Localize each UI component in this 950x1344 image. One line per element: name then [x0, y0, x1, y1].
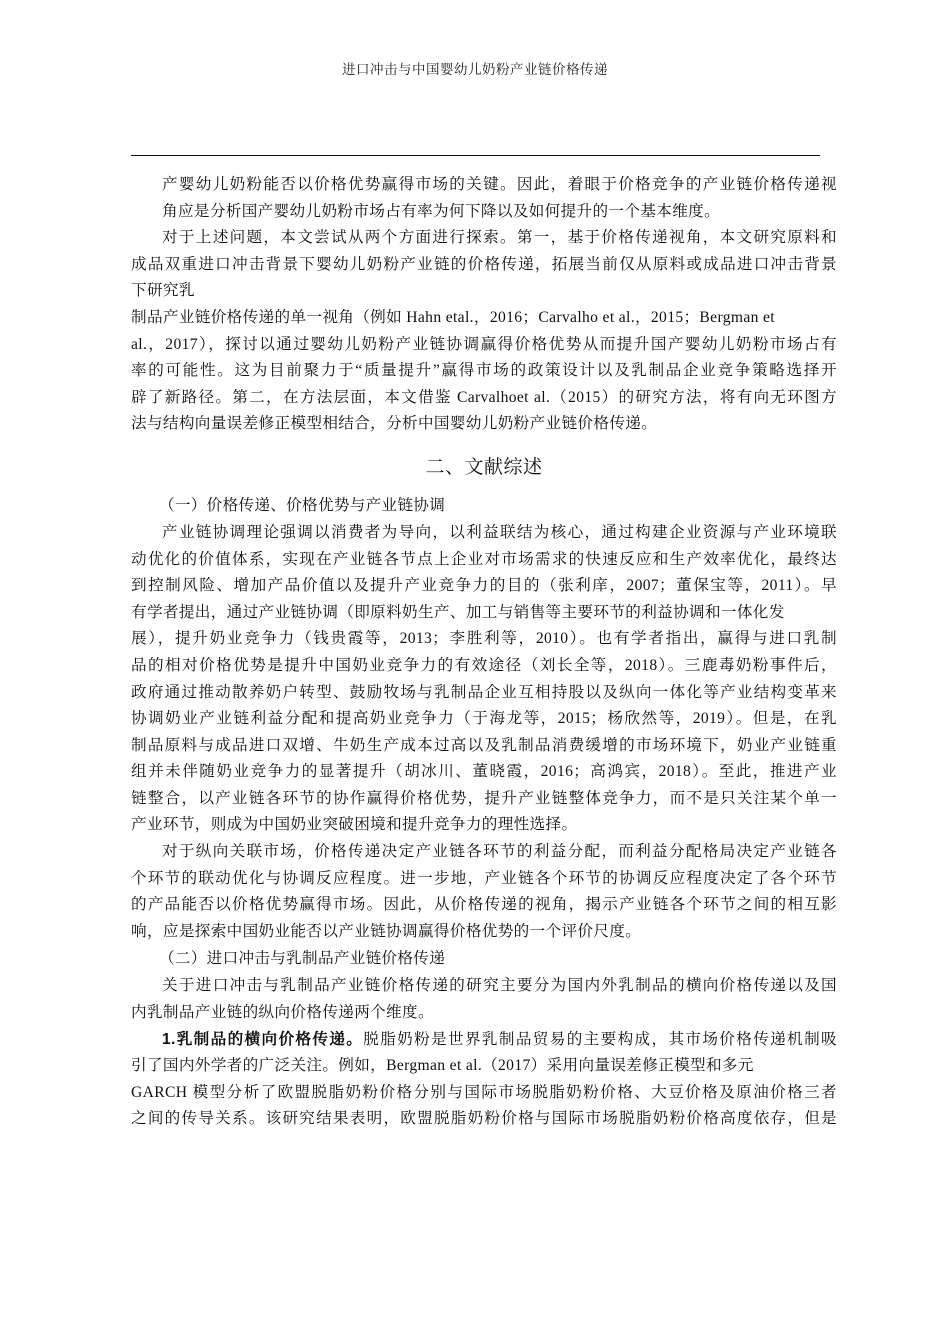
paragraph-4: 对于纵向关联市场，价格传递决定产业链各环节的利益分配，而利益分配格局决定产业链各… — [131, 839, 837, 945]
text-line: 成品双重进口冲击背景下婴幼儿奶粉产业链的价格传递，拓展当前仅从原料或成品进口冲击… — [131, 252, 837, 279]
subsection-heading-1: （一）价格传递、价格优势与产业链协调 — [131, 492, 837, 520]
paragraph-5: 关于进口冲击与乳制品产业链价格传递的研究主要分为国内外乳制品的横向价格传递以及国… — [131, 973, 837, 1026]
text-line: 关于进口冲击与乳制品产业链价格传递的研究主要分为国内外乳制品的横向价格传递以及国 — [131, 973, 837, 1000]
paragraph-6: 1.乳制品的横向价格传递。脱脂奶粉是世界乳制品贸易的主要构成，其市场价格传递机制… — [131, 1027, 837, 1133]
text-line: 到控制风险、增加产品价值以及提升产业竞争力的目的（张利庠，2007；董保宝等，2… — [131, 573, 837, 600]
text-line: 对于上述问题，本文尝试从两个方面进行探索。第一，基于价格传递视角，本文研究原料和 — [131, 225, 837, 252]
text-line: al.，2017），探讨以通过婴幼儿奶粉产业链协调赢得价格优势从而提升国产婴幼儿… — [131, 332, 837, 359]
text-line: 动优化的价值体系，实现在产业链各节点上企业对市场需求的快速反应和生产效率优化，最… — [131, 547, 837, 574]
text-line: 制品原料与成品进口双增、牛奶生产成本过高以及乳制品消费缓增的市场环境下，奶业产业… — [131, 733, 837, 760]
section-heading: 二、文献综述 — [131, 438, 837, 482]
text-line: 个环节的联动优化与协调反应程度。进一步地，产业链各个环节的协调反应程度决定了各个… — [131, 866, 837, 893]
text-line: 产业环节，则成为中国奶业突破困境和提升竞争力的理性选择。 — [131, 812, 837, 839]
paragraph-2: 对于上述问题，本文尝试从两个方面进行探索。第一，基于价格传递视角，本文研究原料和… — [131, 225, 837, 438]
spacer — [131, 482, 837, 492]
text-line: 组并未伴随奶业竞争力的显著提升（胡冰川、董晓霞，2016；高鸿宾，2018）。至… — [131, 759, 837, 786]
text-line: 产婴幼儿奶粉能否以价格优势赢得市场的关键。因此，着眼于价格竞争的产业链价格传递视 — [131, 172, 837, 199]
text-run: 脱脂奶粉是世界乳制品贸易的主要构成，其市场价格传递机制吸 — [363, 1031, 837, 1048]
text-line: 下研究乳 — [131, 278, 837, 305]
paragraph-1: 产婴幼儿奶粉能否以价格优势赢得市场的关键。因此，着眼于价格竞争的产业链价格传递视… — [131, 172, 837, 225]
text-line: 有学者提出，通过产业链协调（即原料奶生产、加工与销售等主要环节的利益协调和一体化… — [131, 600, 837, 627]
text-line: 1.乳制品的横向价格传递。脱脂奶粉是世界乳制品贸易的主要构成，其市场价格传递机制… — [131, 1027, 837, 1054]
text-line: 响，应是探索中国奶业能否以产业链协调赢得价格优势的一个评价尺度。 — [131, 919, 837, 946]
text-line: 协调奶业产业链利益分配和提高奶业竞争力（于海龙等，2015；杨欣然等，2019）… — [131, 706, 837, 733]
text-line: 制品产业链价格传递的单一视角（例如 Hahn etal.，2016；Carval… — [131, 305, 837, 332]
paragraph-3: 产业链协调理论强调以消费者为导向，以利益联结为核心，通过构建企业资源与产业环境联… — [131, 520, 837, 839]
header-rule-divider — [131, 155, 820, 156]
text-line: 引了国内外学者的广泛关注。例如，Bergman et al.（2017）采用向量… — [131, 1053, 837, 1080]
document-page: 进口冲击与中国婴幼儿奶粉产业链价格传递 产婴幼儿奶粉能否以价格优势赢得市场的关键… — [0, 0, 950, 1344]
text-line: 内乳制品产业链的纵向价格传递两个维度。 — [131, 1000, 837, 1027]
text-line: GARCH 模型分析了欧盟脱脂奶粉价格分别与国际市场脱脂奶粉价格、大豆价格及原油… — [131, 1080, 837, 1107]
run-in-heading: 1.乳制品的横向价格传递。 — [162, 1031, 363, 1048]
text-line: 对于纵向关联市场，价格传递决定产业链各环节的利益分配，而利益分配格局决定产业链各 — [131, 839, 837, 866]
text-line: 链整合，以产业链各环节的协作赢得价格优势，提升产业链整体竞争力，而不是只关注某个… — [131, 786, 837, 813]
running-header: 进口冲击与中国婴幼儿奶粉产业链价格传递 — [0, 58, 950, 78]
text-line: 率的可能性。这为目前聚力于“质量提升”赢得市场的政策设计以及乳制品企业竞争策略选… — [131, 358, 837, 385]
text-line: 展），提升奶业竞争力（钱贵霞等，2013；李胜利等，2010）。也有学者指出，赢… — [131, 626, 837, 653]
subsection-heading-2: （二）进口冲击与乳制品产业链价格传递 — [131, 945, 837, 973]
text-line: 品的相对价格优势是提升中国奶业竞争力的有效途径（刘长全等，2018）。三鹿毒奶粉… — [131, 653, 837, 680]
text-line: 政府通过推动散养奶户转型、鼓励牧场与乳制品企业互相持股以及纵向一体化等产业结构变… — [131, 680, 837, 707]
text-line: 角应是分析国产婴幼儿奶粉市场占有率为何下降以及如何提升的一个基本维度。 — [131, 199, 837, 226]
text-line: 辟了新路径。第二，在方法层面，本文借鉴 Carvalhoet al.（2015）… — [131, 385, 837, 412]
text-line: 之间的传导关系。该研究结果表明，欧盟脱脂奶粉价格与国际市场脱脂奶粉价格高度依存，… — [131, 1106, 837, 1133]
text-line: 法与结构向量误差修正模型相结合，分析中国婴幼儿奶粉产业链价格传递。 — [131, 411, 837, 438]
text-line: 产业链协调理论强调以消费者为导向，以利益联结为核心，通过构建企业资源与产业环境联 — [131, 520, 837, 547]
text-line: 的产品能否以价格优势赢得市场。因此，从价格传递的视角，揭示产业链各个环节之间的相… — [131, 892, 837, 919]
document-body: 产婴幼儿奶粉能否以价格优势赢得市场的关键。因此，着眼于价格竞争的产业链价格传递视… — [131, 172, 837, 1133]
